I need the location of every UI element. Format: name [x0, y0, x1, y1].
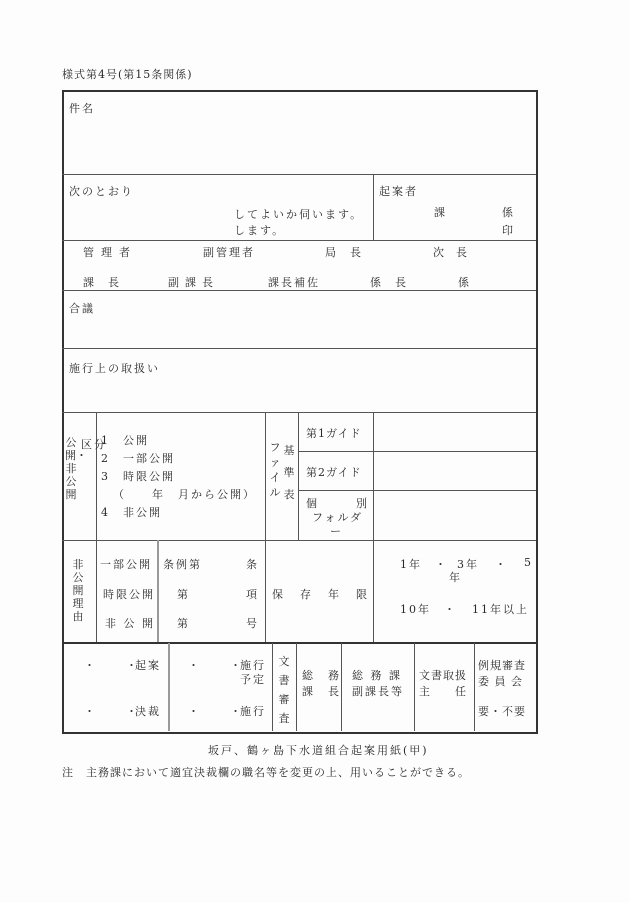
footer-note: 注 主務課において適宜決裁欄の職名等を変更の上、用いることができる。: [62, 764, 470, 780]
doc-handler-a: 文書取扱: [419, 667, 467, 683]
form-number: 様式第4号(第15条関係): [62, 66, 193, 82]
enforced-label: 施行: [240, 703, 266, 719]
folder-field[interactable]: [374, 491, 534, 540]
retention-dot3: ・: [444, 601, 457, 617]
drafter-staff: 係: [502, 204, 515, 220]
approver-deputy-manager: 副管理者: [203, 244, 255, 260]
subject-field[interactable]: [64, 92, 534, 174]
retention-label: 保 存 年 限: [272, 586, 370, 602]
draft-label: 起案: [135, 657, 161, 673]
file-standard-label-a: ファイル: [269, 440, 281, 500]
enforcement-label: 施行上の取扱い: [69, 360, 160, 376]
guide2-field[interactable]: [374, 452, 534, 490]
rules-committee-b: 委 員 会: [478, 673, 523, 689]
gm-chief-a: 総 務: [302, 667, 341, 683]
decision-label: 決裁: [135, 703, 161, 719]
inquiry-label: 次のとおり: [69, 183, 134, 199]
guide1-field[interactable]: [374, 413, 534, 451]
retention-dot2: ・: [495, 556, 508, 572]
option-private[interactable]: 4 非公開: [101, 504, 256, 522]
approver-unit-chief: 係長: [370, 274, 420, 290]
ord-article-prefix: 条例第: [163, 556, 202, 572]
option-public[interactable]: 1 公開: [101, 432, 256, 450]
retention-10y[interactable]: 10年: [400, 601, 431, 617]
option-timed[interactable]: 3 時限公開: [101, 468, 256, 486]
approver-staff: 係: [458, 274, 471, 290]
drafter-section: 課: [434, 204, 447, 220]
ord-article-suffix: 条: [246, 556, 259, 572]
inquiry-line2: します。: [234, 222, 285, 238]
planned-label-b: 予定: [240, 671, 266, 687]
approver-section-chief: 課長: [83, 274, 133, 290]
rules-committee-a: 例規審査: [478, 657, 526, 673]
guide2-label: 第2ガイド: [306, 464, 362, 480]
approver-manager: 管理者: [83, 244, 137, 260]
nd-timed: 時限公開: [103, 586, 155, 602]
ord-para-prefix: 第: [177, 586, 190, 602]
disclosure-options: 1 公開 2 一部公開 3 時限公開 （ 年 月から公開） 4 非公開: [101, 432, 256, 522]
approver-vice-director: 次長: [433, 244, 479, 260]
disclosure-side-label: 公開・非公開: [65, 436, 77, 501]
doc-handler-b: 主 任: [419, 683, 467, 699]
retention-1y[interactable]: 1年: [400, 556, 422, 572]
doc-review-label: 文書審査: [278, 652, 290, 728]
ord-item-suffix: 号: [246, 615, 259, 631]
nd-private: 非 公 開: [105, 615, 155, 631]
approver-deputy-chief: 副課長: [168, 274, 219, 290]
drafter-label: 起案者: [379, 183, 418, 199]
folder-label-d: ー: [330, 523, 343, 539]
drafter-seal: 印: [502, 222, 515, 238]
guide1-label: 第1ガイド: [306, 425, 362, 441]
rules-required[interactable]: 要・不要: [478, 703, 526, 719]
form-title: 坂戸、鶴ヶ島下水道組合起案用紙(甲): [208, 742, 429, 758]
gm-deputy-a: 総 務 課: [352, 667, 402, 683]
nd-partial: 一部公開: [100, 556, 152, 572]
inquiry-line1: してよいか伺います。: [234, 206, 363, 222]
retention-11y[interactable]: 11年以上: [472, 601, 529, 617]
approver-assistant-chief: 課長補佐: [268, 274, 320, 290]
gm-chief-b: 課 長: [302, 683, 341, 699]
consultation-label: 合議: [69, 300, 95, 316]
nondisclosure-side-label: 非公開理由: [72, 558, 84, 623]
retention-5y-unit: 年: [449, 569, 462, 585]
option-partial[interactable]: 2 一部公開: [101, 450, 256, 468]
retention-dot1: ・: [435, 556, 448, 572]
retention-5y[interactable]: 5: [524, 556, 533, 569]
ord-para-suffix: 項: [246, 586, 259, 602]
option-timed-date: （ 年 月から公開）: [101, 486, 256, 504]
approver-director: 局長: [325, 244, 375, 260]
gm-deputy-b: 副課長等: [352, 683, 404, 699]
ord-item-prefix: 第: [177, 615, 190, 631]
file-standard-label-b: 基準表: [283, 440, 295, 506]
